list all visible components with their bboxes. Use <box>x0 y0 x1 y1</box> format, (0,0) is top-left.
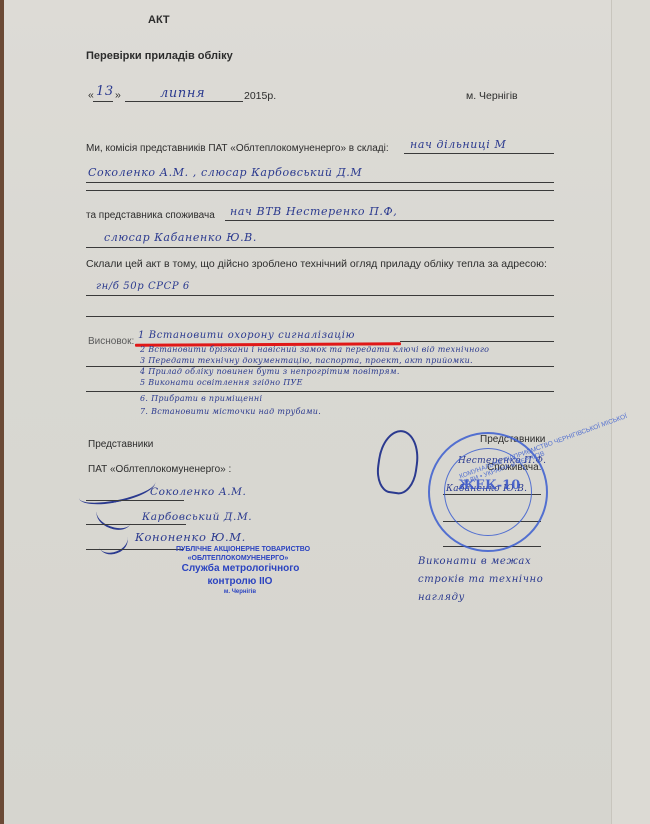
document-subtitle: Перевірки приладів обліку <box>86 50 233 62</box>
page-fold <box>611 0 612 824</box>
commission-line-1 <box>404 153 554 154</box>
signature-name-3: Кононенко Ю.М. <box>135 530 246 544</box>
date-day: 13 <box>96 84 114 99</box>
signature-line-3 <box>86 549 184 550</box>
conclusion-line-1 <box>400 341 554 342</box>
commission-label: Ми, комісія представників ПАТ «Облтеплок… <box>86 143 389 154</box>
consumer-rep-label: та представника споживача <box>86 210 215 221</box>
day-underline <box>93 101 113 102</box>
date-month: липня <box>160 86 205 101</box>
date-open-quote: « <box>88 89 94 101</box>
stamp-line-3: Служба метрологічного <box>178 563 303 574</box>
conclusion-item-4: 4 Прилад обліку повинен бути з непрогріт… <box>140 367 400 376</box>
conclusion-item-7: 7. Встановити місточки над трубами. <box>140 407 321 416</box>
stamp-line-2: «ОБЛТЕПЛОКОМУНЕНЕРГО» <box>178 555 298 562</box>
reps-left-label-1: Представники <box>88 439 153 450</box>
reps-left-label-2: ПАТ «Облтеплокомуненерго» : <box>88 464 231 475</box>
note-line-2: строків та технічно <box>418 574 543 585</box>
city: м. Чернігів <box>466 90 518 102</box>
signature-line-1 <box>86 500 184 501</box>
address-handwritten: гн/б 50р СРСР 6 <box>96 281 190 292</box>
commission-line-2 <box>86 182 554 183</box>
note-line-3: нагляду <box>418 592 465 603</box>
conclusion-item-2: 2 Встановити брізкани і навісний замок т… <box>140 345 489 354</box>
stamp-line-5: м. Чернігів <box>200 589 280 595</box>
signature-line-2 <box>86 524 186 525</box>
signature-name-1: Соколенко А.М. <box>150 486 246 498</box>
note-line-1: Виконати в межах <box>418 556 531 567</box>
conclusion-item-3: 3 Передати технічну документацію, паспор… <box>140 356 473 365</box>
inspection-statement: Склали цей акт в тому, що дійсно зроблен… <box>86 258 547 270</box>
commission-handwritten-1: нач дільниці М <box>410 138 506 151</box>
address-line-1 <box>86 295 554 296</box>
conclusion-line-3 <box>86 391 554 392</box>
commission-handwritten-2: Соколенко А.М. , слюсар Карбовський Д.М <box>88 166 362 179</box>
commission-line-3 <box>86 190 554 191</box>
consumer-rep-handwritten-1: нач ВТВ Нестеренко П.Ф, <box>230 205 397 218</box>
address-line-2 <box>86 316 554 317</box>
consumer-rep-line-2 <box>86 247 554 248</box>
month-underline <box>125 101 243 102</box>
conclusion-item-5: 5 Виконати освітлення згідно ПУЕ <box>140 378 303 387</box>
document-title: АКТ <box>148 14 170 26</box>
signature-name-2: Карбовський Д.М. <box>142 511 252 523</box>
document-page <box>4 0 650 824</box>
conclusion-item-1: 1 Встановити охорону сигналізацію <box>138 330 355 341</box>
stamp-line-1: ПУБЛІЧНЕ АКЦІОНЕРНЕ ТОВАРИСТВО <box>176 546 296 553</box>
conclusion-label: Висновок: <box>88 336 134 347</box>
round-stamp-center: ЖЕК-10 <box>458 478 520 493</box>
stamp-line-4: контролю IIО <box>185 576 295 587</box>
date-close-quote: » <box>115 89 121 101</box>
consumer-rep-handwritten-2: слюсар Кабаненко Ю.В. <box>104 231 257 244</box>
date-year: 2015р. <box>244 90 276 102</box>
conclusion-item-6: 6. Прибрати в приміщенні <box>140 394 262 403</box>
consumer-rep-line-1 <box>225 220 554 221</box>
